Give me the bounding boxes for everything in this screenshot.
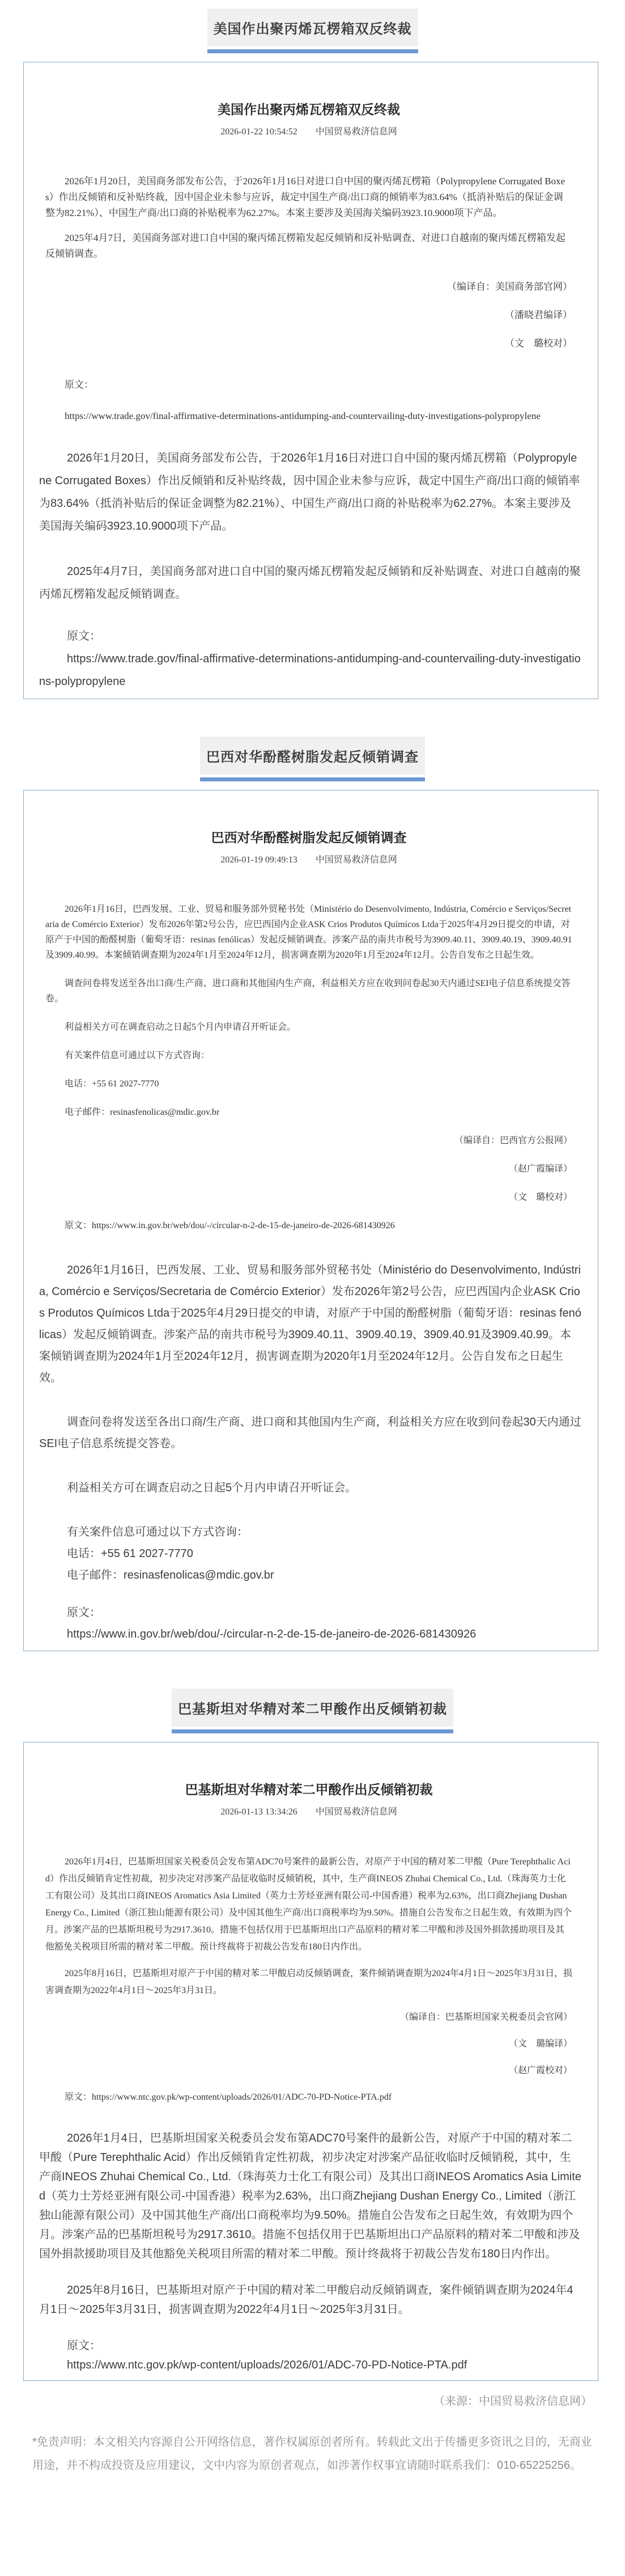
article-box: 美国作出聚丙烯瓦楞箱双反终裁 2026-01-22 10:54:52中国贸易救济… xyxy=(23,62,598,699)
article-url: https://www.in.gov.br/web/dou/-/circular… xyxy=(39,1623,582,1645)
section-brazil-phenolic-resin: 巴西对华酚醛树脂发起反倾销调查 巴西对华酚醛树脂发起反倾销调查 2026-01-… xyxy=(0,737,625,1651)
article-title: 巴基斯坦对华精对苯二甲酸作出反倾销初裁 xyxy=(45,1782,572,1798)
article-source: 中国贸易救济信息网 xyxy=(316,127,397,137)
article-title: 美国作出聚丙烯瓦楞箱双反终裁 xyxy=(45,102,572,118)
page-source-note: （来源：中国贸易救济信息网） xyxy=(0,2395,625,2408)
section-banner-title: 巴基斯坦对华精对苯二甲酸作出反倾销初裁 xyxy=(172,1689,453,1727)
article-paragraph: 2026年1月20日，美国商务部发布公告，于2026年1月16日对进口自中国的聚… xyxy=(45,174,572,221)
accent-bar xyxy=(207,49,418,53)
article-paragraph: 利益相关方可在调查启动之日起5个月内申请召开听证会。 xyxy=(45,1020,572,1035)
source-label: 原文： xyxy=(65,1221,92,1230)
article-paragraph: 调查问卷将发送至各出口商/生产商、进口商和其他国内生产商，利益相关方应在收到问卷… xyxy=(45,976,572,1006)
attribution-line: （编译自：美国商务部官网） xyxy=(45,279,572,295)
translation-paragraph: 2025年4月7日，美国商务部对进口自中国的聚丙烯瓦楞箱发起反倾销和反补贴调查、… xyxy=(39,560,582,606)
accent-bar xyxy=(200,777,425,781)
article-date: 2026-01-19 09:49:13 xyxy=(220,855,297,865)
source-label: 原文： xyxy=(39,625,582,648)
source-line: 原文：https://www.in.gov.br/web/dou/-/circu… xyxy=(45,1218,572,1233)
article-title: 巴西对华酚醛树脂发起反倾销调查 xyxy=(45,830,572,846)
source-label: 原文： xyxy=(39,2336,582,2355)
translation-paragraph: 2026年1月4日，巴基斯坦国家关税委员会发布第ADC70号案件的最新公告，对原… xyxy=(39,2129,582,2264)
article-paragraph: 有关案件信息可通过以下方式咨询： xyxy=(45,1048,572,1063)
article-screenshot: 巴西对华酚醛树脂发起反倾销调查 2026-01-19 09:49:13中国贸易救… xyxy=(24,830,598,1233)
article-body: 2026年1月4日，巴基斯坦国家关税委员会发布第ADC70号案件的最新公告，对原… xyxy=(45,1854,572,2106)
attribution-line: （赵广霞编译） xyxy=(45,1161,572,1177)
article-source: 中国贸易救济信息网 xyxy=(316,1807,397,1817)
contact-phone-line: 电话：+55 61 2027-7770 xyxy=(45,1076,572,1092)
article-url: https://www.trade.gov/final-affirmative-… xyxy=(39,648,582,693)
article-box: 巴西对华酚醛树脂发起反倾销调查 2026-01-19 09:49:13中国贸易救… xyxy=(23,790,598,1651)
article-body: 2026年1月16日，巴西发展、工业、贸易和服务部外贸秘书处（Ministéri… xyxy=(45,902,572,1233)
attribution-line: （文 璐编译） xyxy=(45,2036,572,2053)
attribution-line: （潘晓君编译） xyxy=(45,307,572,323)
source-label: 原文： xyxy=(65,2092,92,2102)
section-banner-title: 巴西对华酚醛树脂发起反倾销调查 xyxy=(200,737,425,775)
translation-paragraph: 2026年1月20日，美国商务部发布公告，于2026年1月16日对进口自中国的聚… xyxy=(39,447,582,538)
article-translation: 2026年1月16日，巴西发展、工业、贸易和服务部外贸秘书处（Ministéri… xyxy=(24,1259,598,1645)
translation-paragraph: 调查问卷将发送至各出口商/生产商、进口商和其他国内生产商，利益相关方应在收到问卷… xyxy=(39,1411,582,1454)
contact-email-line: 电子邮件：resinasfenolicas@mdic.gov.br xyxy=(39,1564,582,1586)
accent-bar xyxy=(172,1729,453,1733)
source-label: 原文： xyxy=(39,1602,582,1623)
article-screenshot: 美国作出聚丙烯瓦楞箱双反终裁 2026-01-22 10:54:52中国贸易救济… xyxy=(24,102,598,424)
article-url: https://www.ntc.gov.pk/wp-content/upload… xyxy=(92,2092,392,2102)
article-dateline: 2026-01-13 13:34:26中国贸易救济信息网 xyxy=(45,1807,572,1817)
translation-paragraph: 2026年1月16日，巴西发展、工业、贸易和服务部外贸秘书处（Ministéri… xyxy=(39,1259,582,1389)
attribution-line: （文 璐校对） xyxy=(45,1190,572,1205)
article-paragraph: 2025年4月7日，美国商务部对进口自中国的聚丙烯瓦楞箱发起反倾销和反补贴调查、… xyxy=(45,230,572,262)
article-dateline: 2026-01-19 09:49:13中国贸易救济信息网 xyxy=(45,855,572,865)
article-page: 美国作出聚丙烯瓦楞箱双反终裁 美国作出聚丙烯瓦楞箱双反终裁 2026-01-22… xyxy=(0,0,625,2576)
article-date: 2026-01-13 13:34:26 xyxy=(220,1807,297,1817)
translation-paragraph: 利益相关方可在调查启动之日起5个月内申请召开听证会。 xyxy=(39,1477,582,1499)
article-translation: 2026年1月20日，美国商务部发布公告，于2026年1月16日对进口自中国的聚… xyxy=(24,447,598,693)
article-url: https://www.trade.gov/final-affirmative-… xyxy=(45,408,572,424)
article-paragraph: 2026年1月16日，巴西发展、工业、贸易和服务部外贸秘书处（Ministéri… xyxy=(45,902,572,963)
article-screenshot: 巴基斯坦对华精对苯二甲酸作出反倾销初裁 2026-01-13 13:34:26中… xyxy=(24,1782,598,2106)
section-us-pp-corrugated-boxes: 美国作出聚丙烯瓦楞箱双反终裁 美国作出聚丙烯瓦楞箱双反终裁 2026-01-22… xyxy=(0,9,625,699)
section-banner-title: 美国作出聚丙烯瓦楞箱双反终裁 xyxy=(207,9,418,46)
section-header: 巴西对华酚醛树脂发起反倾销调查 xyxy=(200,737,425,781)
section-header: 巴基斯坦对华精对苯二甲酸作出反倾销初裁 xyxy=(172,1689,453,1733)
source-line: 原文：https://www.ntc.gov.pk/wp-content/upl… xyxy=(45,2089,572,2106)
article-source: 中国贸易救济信息网 xyxy=(316,855,397,865)
contact-phone-line: 电话：+55 61 2027-7770 xyxy=(39,1543,582,1564)
translation-paragraph: 2025年8月16日，巴基斯坦对原产于中国的精对苯二甲酸启动反倾销调查，案件倾销… xyxy=(39,2281,582,2319)
contact-email-line: 电子邮件：resinasfenolicas@mdic.gov.br xyxy=(45,1105,572,1120)
attribution-line: （编译自：巴西官方公报网） xyxy=(45,1133,572,1148)
article-url: https://www.ntc.gov.pk/wp-content/upload… xyxy=(39,2355,582,2375)
article-paragraph: 2025年8月16日，巴基斯坦对原产于中国的精对苯二甲酸启动反倾销调查，案件倾销… xyxy=(45,1965,572,1999)
section-header: 美国作出聚丙烯瓦楞箱双反终裁 xyxy=(207,9,418,53)
translation-paragraph: 有关案件信息可通过以下方式咨询： xyxy=(39,1521,582,1543)
attribution-line: （文 璐校对） xyxy=(45,336,572,352)
article-paragraph: 2026年1月4日，巴基斯坦国家关税委员会发布第ADC70号案件的最新公告，对原… xyxy=(45,1854,572,1956)
attribution-line: （赵广霞校对） xyxy=(45,2062,572,2079)
article-date: 2026-01-22 10:54:52 xyxy=(220,127,297,137)
section-pakistan-pta: 巴基斯坦对华精对苯二甲酸作出反倾销初裁 巴基斯坦对华精对苯二甲酸作出反倾销初裁 … xyxy=(0,1689,625,2381)
source-label: 原文： xyxy=(45,377,572,393)
article-url: https://www.in.gov.br/web/dou/-/circular… xyxy=(92,1221,395,1230)
article-translation: 2026年1月4日，巴基斯坦国家关税委员会发布第ADC70号案件的最新公告，对原… xyxy=(24,2129,598,2375)
article-body: 2026年1月20日，美国商务部发布公告，于2026年1月16日对进口自中国的聚… xyxy=(45,174,572,424)
article-box: 巴基斯坦对华精对苯二甲酸作出反倾销初裁 2026-01-13 13:34:26中… xyxy=(23,1742,598,2381)
article-dateline: 2026-01-22 10:54:52中国贸易救济信息网 xyxy=(45,126,572,137)
attribution-line: （编译自：巴基斯坦国家关税委员会官网） xyxy=(45,2009,572,2026)
disclaimer-text: *免责声明：本文相关内容源自公开网络信息，著作权属原创者所有。转载此文出于传播更… xyxy=(32,2431,592,2477)
